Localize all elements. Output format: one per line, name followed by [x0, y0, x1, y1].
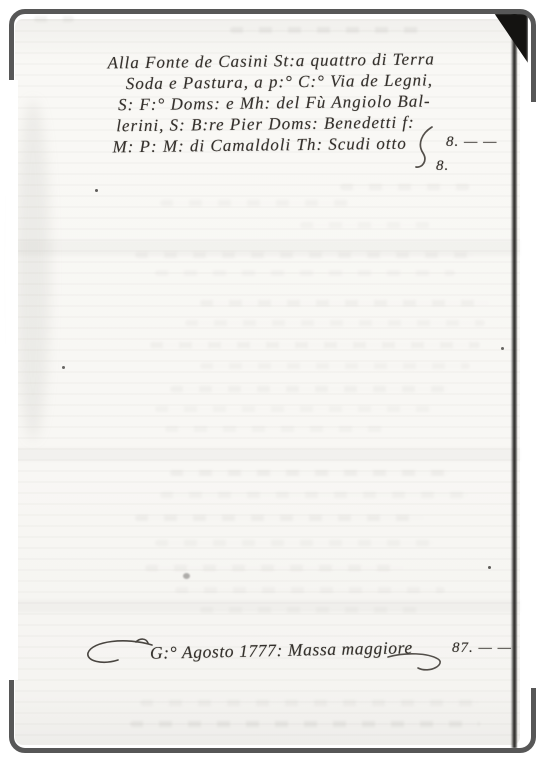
frame-mask: [6, 80, 18, 680]
document-scan: Alla Fonte de Casini St:a quattro di Ter…: [0, 0, 543, 760]
scanner-frame: [9, 9, 536, 753]
frame-mask: [527, 102, 543, 688]
